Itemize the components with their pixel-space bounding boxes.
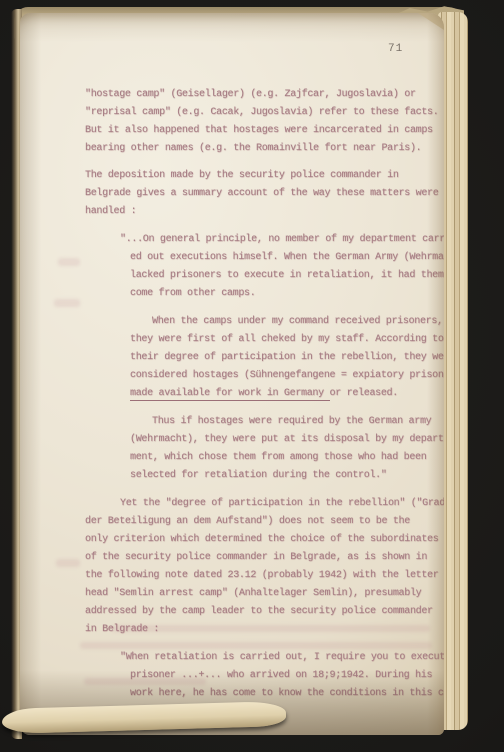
text-line: only criterion which determined the choi… (85, 531, 444, 549)
text-line: considered hostages (Sühnengefangene = e… (130, 367, 444, 385)
text-line: come from other camps. (130, 285, 444, 303)
page-number: 71 (388, 43, 403, 55)
text-line: "reprisal camp" (e.g. Cacak, Jugoslavia)… (85, 104, 444, 122)
text-line: But it also happened that hostages were … (85, 122, 444, 140)
text-line: ed out executions himself. When the Germ… (130, 249, 444, 267)
paragraph-hostage-camp: "hostage camp" (Geisellager) (e.g. Zajfc… (85, 86, 444, 158)
text-line: When the camps under my command received… (152, 313, 444, 331)
quote-when-retaliation: "When retaliation is carried out, I requ… (85, 649, 444, 703)
text-line: ment, which chose them from among those … (130, 449, 444, 467)
bleed-through-mark (112, 625, 430, 632)
text-line: The deposition made by the security poli… (85, 167, 444, 185)
paragraph-deposition: The deposition made by the security poli… (85, 167, 444, 221)
text-line: (Wehrmacht), they were put at its dispos… (130, 431, 444, 449)
bleed-through-mark (58, 258, 80, 266)
text-line: Belgrade gives a summary account of the … (85, 185, 444, 203)
text-after-underline: or released. (330, 388, 398, 399)
text-line: head "Semlin arrest camp" (Anhaltelager … (85, 585, 444, 603)
page-corner-fold (418, 13, 444, 30)
text-line: their degree of participation in the reb… (130, 349, 444, 367)
bleed-through-mark (56, 559, 80, 567)
text-line: handled : (85, 203, 444, 221)
paragraph-yet-the-degree: Yet the "degree of participation in the … (85, 495, 444, 639)
underlined-text: made available for work in Germany (130, 388, 330, 401)
text-line: der Beteiligung an dem Aufstand") does n… (85, 513, 444, 531)
book-scan: { "page_number": "71", "colors": { "ink"… (0, 0, 504, 752)
text-line: "...On general principle, no member of m… (120, 231, 444, 249)
bleed-through-mark (54, 299, 80, 307)
quote-general-principle: "...On general principle, no member of m… (85, 231, 444, 303)
document-page: 71 "hostage camp" (Geisellager) (e.g. Za… (20, 13, 444, 735)
bleed-through-mark (84, 678, 206, 685)
text-line-underlined: made available for work in Germany or re… (130, 385, 444, 403)
text-line: bearing other names (e.g. the Romainvill… (85, 140, 444, 158)
quote-thus-if-hostages: Thus if hostages were required by the Ge… (85, 413, 444, 485)
bleed-through-mark (80, 642, 432, 649)
text-line: addressed by the camp leader to the secu… (85, 603, 444, 621)
text-line: of the security police commander in Belg… (85, 549, 444, 567)
typewritten-text: "hostage camp" (Geisellager) (e.g. Zajfc… (85, 86, 444, 703)
text-line: "hostage camp" (Geisellager) (e.g. Zajfc… (85, 86, 444, 104)
quote-camps-under-command: When the camps under my command received… (85, 313, 444, 403)
text-line: work here, he has come to know the condi… (130, 685, 444, 703)
text-line: Yet the "degree of participation in the … (120, 495, 444, 513)
text-line: "When retaliation is carried out, I requ… (120, 649, 444, 667)
text-line: selected for retaliation during the cont… (130, 467, 444, 485)
text-line: Thus if hostages were required by the Ge… (152, 413, 444, 431)
text-line: they were first of all cheked by my staf… (130, 331, 444, 349)
text-line: lacked prisoners to execute in retaliati… (130, 267, 444, 285)
text-line: the following note dated 23.12 (probably… (85, 567, 444, 585)
